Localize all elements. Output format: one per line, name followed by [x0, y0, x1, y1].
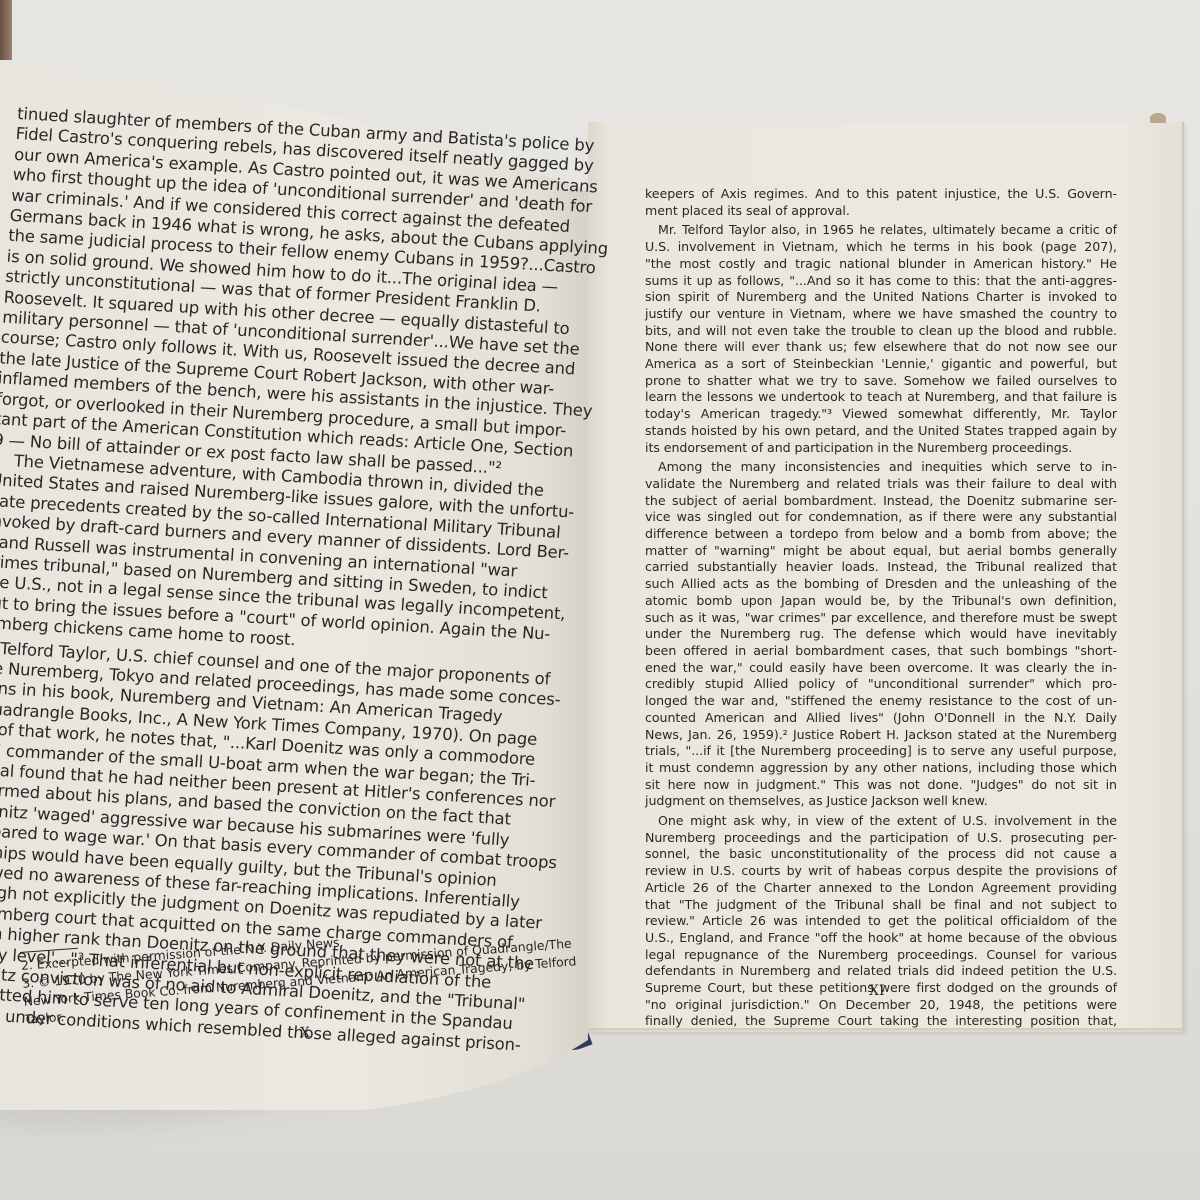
text-line: U.S. involvement in Vietnam, which he te… — [645, 239, 1117, 256]
text-line: ment placed its seal of approval. — [645, 203, 1117, 220]
text-line: U.S., England, and France "off the hook"… — [645, 930, 1117, 947]
text-line: stands hoisted by his own petard, and th… — [645, 423, 1117, 440]
text-line: News, Jan. 26, 1959).² Justice Robert H.… — [645, 727, 1117, 744]
text-line: been offered in aerial bombardment cases… — [645, 643, 1117, 660]
page-number-left: X — [300, 1025, 311, 1041]
text-line: the subject of aerial bombardment. Inste… — [645, 493, 1117, 510]
text-line: under the Nuremberg rug. The defense whi… — [645, 626, 1117, 643]
text-line: difference between a tordepo from below … — [645, 526, 1117, 543]
text-line: sion spirit of Nuremberg and the United … — [645, 289, 1117, 306]
text-line: such Allied acts as the bombing of Dresd… — [645, 576, 1117, 593]
page-number-right: XI — [869, 983, 885, 999]
text-line: review in U.S. courts by writ of habeas … — [645, 863, 1117, 880]
text-line: judgment on themselves, as Justice Jacks… — [645, 793, 1117, 810]
text-line: counted American and Allied lives" (John… — [645, 710, 1117, 727]
text-line: None there will ever thank us; few elsew… — [645, 339, 1117, 356]
text-line: validate the Nuremberg and related trial… — [645, 476, 1117, 493]
text-line: carried substantially heavier loads. Ins… — [645, 559, 1117, 576]
text-line: Nuremberg proceedings and the participat… — [645, 830, 1117, 847]
text-line: matter of "warning" might be about equal… — [645, 543, 1117, 560]
text-line: atomic bomb upon Japan would be, by the … — [645, 593, 1117, 610]
text-line: ened the war," could easily have been ov… — [645, 660, 1117, 677]
text-line: learn the lessons we undertook to teach … — [645, 389, 1117, 406]
text-line: "the most costly and tragic national blu… — [645, 256, 1117, 273]
text-line: Mr. Telford Taylor also, in 1965 he rela… — [645, 222, 1117, 239]
text-line: that "The judgment of the Tribunal shall… — [645, 897, 1117, 914]
text-line: today's American tragedy."³ Viewed somew… — [645, 406, 1117, 423]
text-line: such as it was, "war crimes" par excelle… — [645, 610, 1117, 627]
text-line: vice was singled out for condemnation, a… — [645, 509, 1117, 526]
text-line: finally denied, the Supreme Court taking… — [645, 1013, 1117, 1030]
text-line: review." Article 26 was intended to get … — [645, 913, 1117, 930]
text-line: sit here now in judgment." This was not … — [645, 777, 1117, 794]
text-line: One might ask why, in view of the extent… — [645, 813, 1117, 830]
text-line: trials, "...if it [the Nuremberg proceed… — [645, 743, 1117, 760]
text-line: credibly stupid Allied policy of "uncond… — [645, 676, 1117, 693]
text-line: sums it up as follows, "...And so it has… — [645, 273, 1117, 290]
text-line: justify our venture in Vietnam, where we… — [645, 306, 1117, 323]
text-line: sonnel, the basic unconstitutionality of… — [645, 846, 1117, 863]
right-page-body-text: keepers of Axis regimes. And to this pat… — [645, 186, 1117, 1030]
left-page-body-text: tinued slaughter of members of the Cuban… — [0, 104, 545, 1053]
text-line: America as a sort of Steinbeckian 'Lenni… — [645, 356, 1117, 373]
text-line: bits, and will not even take the trouble… — [645, 323, 1117, 340]
text-line: Among the many inconsistencies and inequ… — [645, 459, 1117, 476]
text-line: keepers of Axis regimes. And to this pat… — [645, 186, 1117, 203]
page-tear — [1150, 113, 1166, 123]
text-line: longed the war and, "stiffened the enemy… — [645, 693, 1117, 710]
book-cover-edge — [0, 0, 12, 60]
text-line: legal repugnance of the Nuremberg procee… — [645, 947, 1117, 964]
book-photo-scene: tinued slaughter of members of the Cuban… — [0, 0, 1200, 1200]
text-line: defendants in Nuremberg and related tria… — [645, 963, 1117, 980]
text-line: it must condemn aggression by any other … — [645, 760, 1117, 777]
text-line: prone to shatter what we try to save. So… — [645, 373, 1117, 390]
text-line: Article 26 of the Charter annexed to the… — [645, 880, 1117, 897]
text-line: "no original jurisdiction." On December … — [645, 997, 1117, 1014]
text-line: its endorsement of and participation in … — [645, 440, 1117, 457]
